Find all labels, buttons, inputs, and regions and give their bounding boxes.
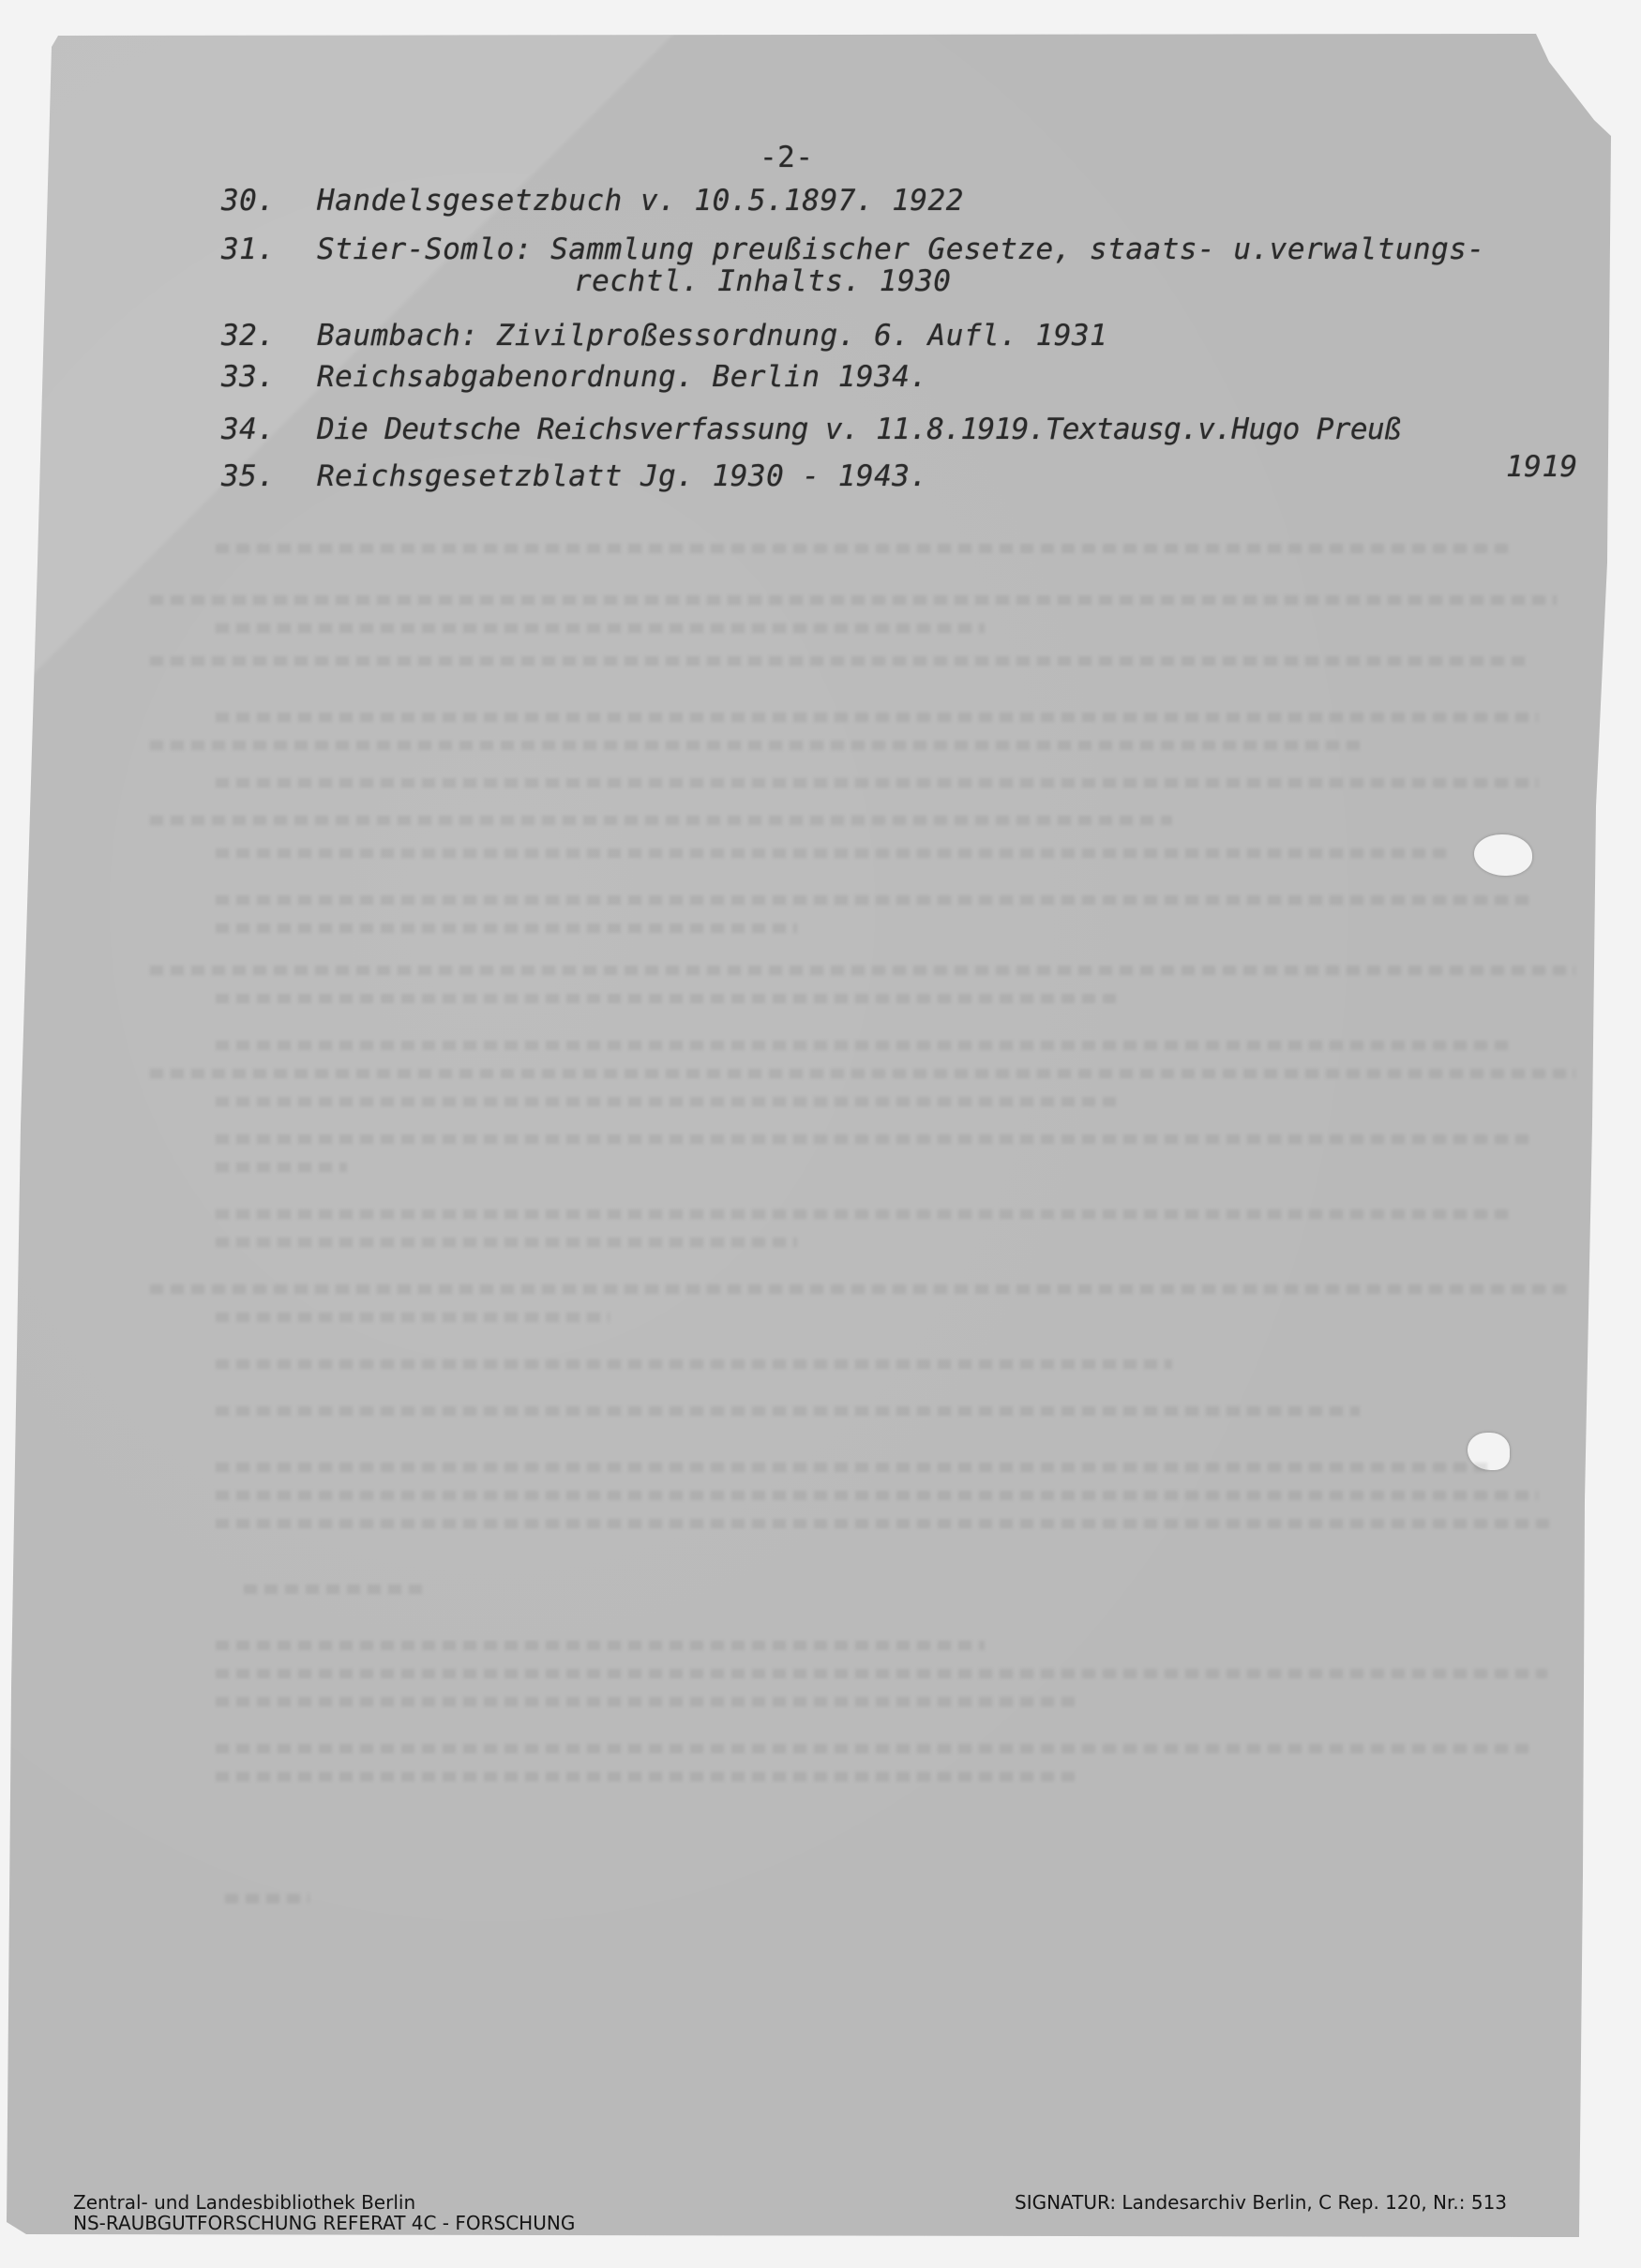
scan-stage: -2- 30. Handelsgesetzbuch v. 10.5.1897. …: [0, 0, 1641, 2268]
footer-institution: Zentral- und Landesbibliothek Berlin NS-…: [73, 2192, 575, 2233]
entry-text: Reichsabgabenordnung. Berlin 1934.: [317, 360, 928, 394]
entry-number: 30.: [221, 184, 276, 218]
entry-number: 35.: [221, 459, 276, 493]
entry-text: Reichsgesetzblatt Jg. 1930 - 1943.: [317, 459, 928, 493]
entry-number: 31.: [221, 233, 276, 266]
punch-hole: [1474, 834, 1532, 876]
page-number: -2-: [760, 141, 814, 174]
entry-text-continuation: 1919: [1506, 450, 1578, 484]
institution-name: Zentral- und Landesbibliothek Berlin: [73, 2192, 575, 2213]
entry-number: 33.: [221, 360, 276, 394]
entry-text: Die Deutsche Reichsverfassung v. 11.8.19…: [317, 413, 1401, 446]
entry-number: 34.: [221, 413, 276, 446]
footer-signature: SIGNATUR: Landesarchiv Berlin, C Rep. 12…: [1015, 2192, 1507, 2213]
entry-number: 32.: [221, 319, 276, 353]
entry-text: Baumbach: Zivilproßessordnung. 6. Aufl. …: [317, 319, 1107, 353]
department-name: NS-RAUBGUTFORSCHUNG REFERAT 4C - FORSCHU…: [73, 2213, 575, 2233]
entry-text-continuation: rechtl. Inhalts. 1930: [574, 264, 951, 298]
entry-text: Handelsgesetzbuch v. 10.5.1897. 1922: [317, 184, 964, 218]
entry-text: Stier-Somlo: Sammlung preußischer Gesetz…: [317, 233, 1485, 266]
